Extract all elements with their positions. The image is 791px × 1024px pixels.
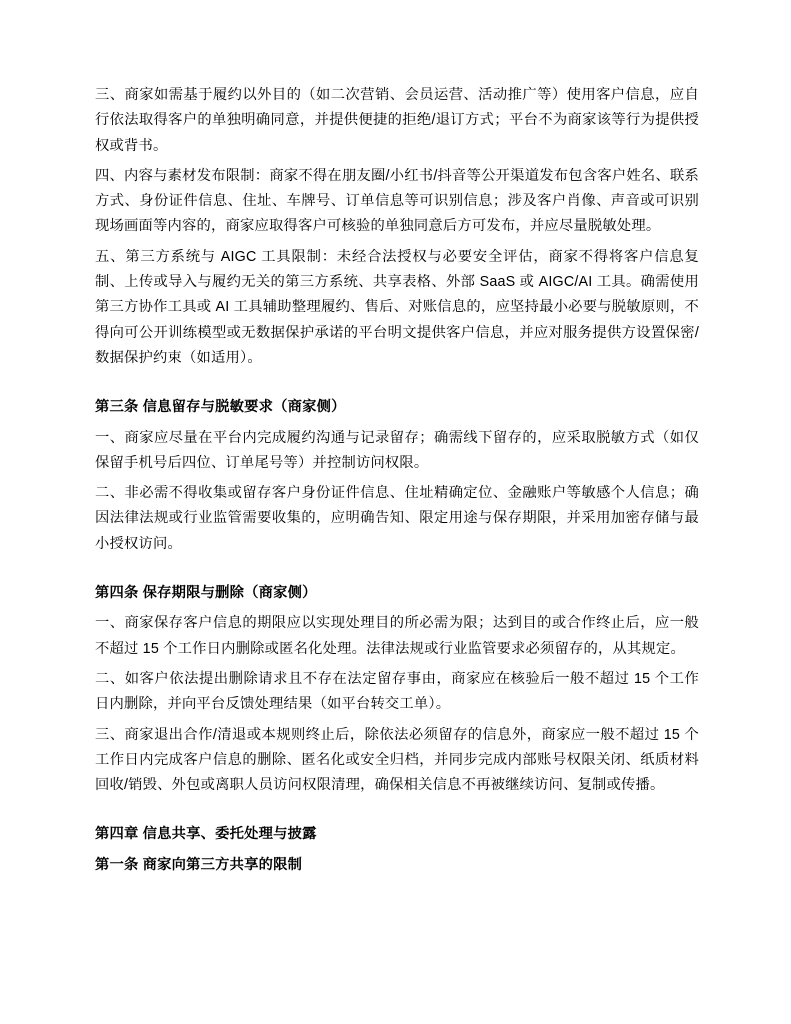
paragraph-retention-period-limit: 一、商家保存客户信息的期限应以实现处理目的所必需为限；达到目的或合作终止后，应一… bbox=[95, 611, 699, 662]
section-heading-article4-storage-deletion: 第四条 保存期限与删除（商家侧） bbox=[95, 581, 699, 606]
chapter-heading-chapter4-sharing-disclosure: 第四章 信息共享、委托处理与披露 bbox=[95, 822, 699, 847]
paragraph-deletion-request-handling: 二、如客户依法提出删除请求且不存在法定留存事由，商家应在核验后一般不超过 15 … bbox=[95, 667, 699, 718]
paragraph-sensitive-info-collection: 二、非必需不得收集或留存客户身份证件信息、住址精确定位、金融账户等敏感个人信息；… bbox=[95, 481, 699, 557]
paragraph-in-platform-retention: 一、商家应尽量在平台内完成履约沟通与记录留存；确需线下留存的，应采取脱敏方式（如… bbox=[95, 426, 699, 477]
document-body: 三、商家如需基于履约以外目的（如二次营销、会员运营、活动推广等）使用客户信息，应… bbox=[0, 0, 791, 878]
paragraph-content-publishing-limit: 四、内容与素材发布限制：商家不得在朋友圈/小红书/抖音等公开渠道发布包含客户姓名… bbox=[95, 164, 699, 240]
document-page: 三、商家如需基于履约以外目的（如二次营销、会员运营、活动推广等）使用客户信息，应… bbox=[0, 0, 791, 1024]
paragraph-exit-cleanup-obligations: 三、商家退出合作/清退或本规则终止后，除依法必须留存的信息外，商家应一般不超过 … bbox=[95, 723, 699, 799]
paragraph-thirdparty-aigc-limit: 五、第三方系统与 AIGC 工具限制：未经合法授权与必要安全评估，商家不得将客户… bbox=[95, 245, 699, 371]
section-heading-article1-thirdparty-sharing-limit: 第一条 商家向第三方共享的限制 bbox=[95, 853, 699, 878]
section-heading-article3-retention-desensitization: 第三条 信息留存与脱敏要求（商家侧） bbox=[95, 395, 699, 420]
paragraph-marketing-consent: 三、商家如需基于履约以外目的（如二次营销、会员运营、活动推广等）使用客户信息，应… bbox=[95, 83, 699, 159]
